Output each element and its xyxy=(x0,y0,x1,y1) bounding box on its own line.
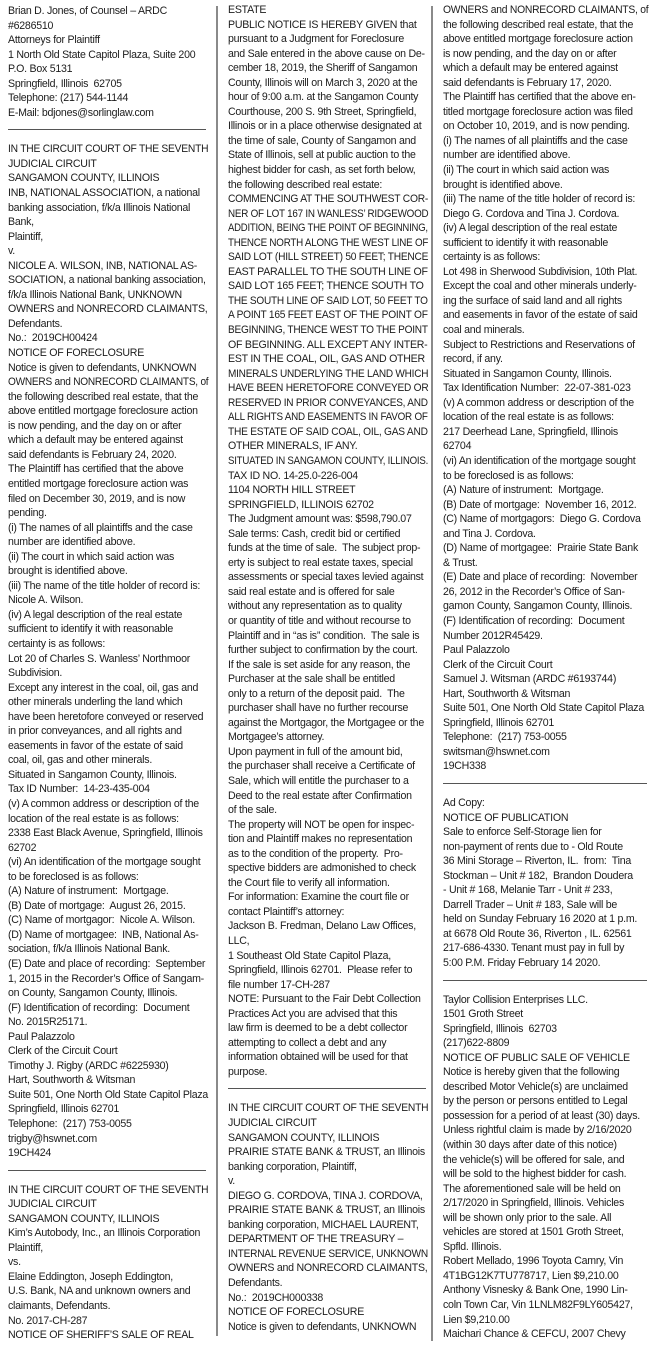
notice-line: Springfield, Illinois 62703 xyxy=(443,1022,648,1037)
notice-line: tion and Plaintiff makes no representati… xyxy=(228,832,428,847)
notice-line: (E) Date and place of recording: Septemb… xyxy=(8,957,208,972)
notice-line: The Plaintiff has certified that the abo… xyxy=(443,90,648,105)
notice-line: 62702 xyxy=(8,841,208,856)
notice-line: Stockman – Unit # 182, Brandon Doudera xyxy=(443,869,648,884)
notice-line: (iii) The name of the title holder of re… xyxy=(8,579,208,594)
notice-line: Attorneys for Plaintiff xyxy=(8,33,208,48)
notice-line: 4T1BG12K7TU778717, Lien $9,210.00 xyxy=(443,1269,648,1284)
notice-line: the purchaser shall receive a Certificat… xyxy=(228,759,428,774)
notice-line: JUDICIAL CIRCUIT xyxy=(8,1197,208,1212)
notice-line: pursuant to a Judgment for Foreclosure xyxy=(228,32,428,47)
notice-line: IN THE CIRCUIT COURT OF THE SEVENTH xyxy=(8,1183,202,1198)
notice-line: IN THE CIRCUIT COURT OF THE SEVENTH xyxy=(8,142,202,157)
notice-line: - Unit # 168, Melanie Tarr - Unit # 233, xyxy=(443,883,648,898)
notice-line: Situated in Sangamon County, Illinois. xyxy=(8,768,208,783)
notice-line: Springfield, Illinois 62701 xyxy=(443,716,648,731)
notice-line: The property will NOT be open for inspec… xyxy=(228,818,428,833)
notice-line: U.S. Bank, NA and unknown owners and xyxy=(8,1284,208,1299)
legal-notice: IN THE CIRCUIT COURT OF THE SEVENTHJUDIC… xyxy=(8,1183,208,1343)
notice-line: Unless rightful claim is made by 2/16/20… xyxy=(443,1123,648,1138)
column-3: OWNERS and NONRECORD CLAIMANTS, ofthe fo… xyxy=(443,3,648,1347)
notice-line: trigby@hswnet.com xyxy=(8,1132,208,1147)
notice-line: Sale terms: Cash, credit bid or certifie… xyxy=(228,527,428,542)
notice-line: (i) The names of all plaintiffs and the … xyxy=(443,134,648,149)
notice-line: Bank, xyxy=(8,215,208,230)
notice-line: Clerk of the Circuit Court xyxy=(8,1044,208,1059)
notice-line: Notice is given to defendants, UNKNOWN xyxy=(8,361,208,376)
notice-line: sufficient to identify it with reasonabl… xyxy=(443,236,648,251)
notice-line: banking corporation, MICHAEL LAURENT, xyxy=(228,1218,428,1233)
notice-line: above entitled mortgage foreclosure acti… xyxy=(443,32,648,47)
notice-line: Clerk of the Circuit Court xyxy=(443,658,648,673)
notice-line: For information: Examine the court file … xyxy=(228,890,428,905)
notice-line: The Judgment amount was: $598,790.07 xyxy=(228,512,428,527)
notice-line: easements in favor of the estate of said xyxy=(8,739,208,754)
notice-line: Situated in Sangamon County, Illinois. xyxy=(443,367,648,382)
column-divider xyxy=(216,6,218,1336)
notice-line: (A) Nature of instrument: Mortgage. xyxy=(8,884,208,899)
notice-line: purpose. xyxy=(228,1065,428,1080)
notice-line: The aforementioned sale will be held on xyxy=(443,1182,648,1197)
notice-separator xyxy=(8,129,206,130)
notice-line: 36 Mini Storage – Riverton, IL. from: Ti… xyxy=(443,854,648,869)
notice-line: Springfield, Illinois 62705 xyxy=(8,77,208,92)
notice-line: the following described real estate, tha… xyxy=(443,18,648,33)
legal-notices-page: Brian D. Jones, of Counsel – ARDC#628651… xyxy=(0,0,652,1347)
notice-line: without any representation as to quality xyxy=(228,599,428,614)
notice-line: Subject to Restrictions and Reservations… xyxy=(443,338,648,353)
notice-line: (ii) The court in which said action was xyxy=(443,163,648,178)
notice-line: SANGAMON COUNTY, ILLINOIS xyxy=(228,1131,428,1146)
notice-line: number are identified above. xyxy=(443,148,648,163)
notice-line: 1104 NORTH HILL STREET xyxy=(228,483,428,498)
notice-line: the time of sale, County of Sangamon and xyxy=(228,134,428,149)
notice-line: 1 North Old State Capitol Plaza, Suite 2… xyxy=(8,48,208,63)
notice-line: Plaintiff, xyxy=(8,1241,208,1256)
notice-line: TAX ID NO. 14-25.0-226-004 xyxy=(228,469,428,484)
legal-notice: IN THE CIRCUIT COURT OF THE SEVENTHJUDIC… xyxy=(8,142,208,1160)
notice-line: The Plaintiff has certified that the abo… xyxy=(8,462,208,477)
notice-line: Purchaser at the sale shall be entitled xyxy=(228,672,428,687)
notice-line: (D) Name of mortgagee: Prairie State Ban… xyxy=(443,541,648,556)
notice-line: 19CH338 xyxy=(443,759,648,774)
notice-line: as to the condition of the property. Pro… xyxy=(228,847,428,862)
notice-line: EST IN THE COAL, OIL, GAS AND OTHER xyxy=(228,352,428,367)
notice-line: OWNERS and NONRECORD CLAIMANTS, of xyxy=(443,3,643,18)
legal-notice: IN THE CIRCUIT COURT OF THE SEVENTHJUDIC… xyxy=(228,1101,428,1334)
notice-line: JUDICIAL CIRCUIT xyxy=(228,1116,428,1131)
notice-line: highest bidder for cash, as set forth be… xyxy=(228,163,428,178)
notice-line: Springfield, Illinois 62701 xyxy=(8,1102,208,1117)
column-2: ESTATEPUBLIC NOTICE IS HEREBY GIVEN that… xyxy=(228,3,428,1347)
notice-line: which a default may be entered against xyxy=(8,433,208,448)
notice-line: sufficient to identify it with reasonabl… xyxy=(8,622,208,637)
notice-line: of the sale. xyxy=(228,803,428,818)
notice-line: BEGINNING, THENCE WEST TO THE POINT xyxy=(228,323,418,338)
notice-line: at 6678 Old Route 36, Riverton , IL. 625… xyxy=(443,927,648,942)
legal-notice: Ad Copy:NOTICE OF PUBLICATIONSale to enf… xyxy=(443,796,648,971)
notice-line: Sale to enforce Self-Storage lien for xyxy=(443,825,648,840)
notice-line: brought is identified above. xyxy=(8,564,208,579)
notice-line: spective bidders are admonished to check xyxy=(228,861,428,876)
notice-line: OF BEGINNING. ALL EXCEPT ANY INTER- xyxy=(228,338,428,353)
notice-line: 26, 2012 in the Recorder’s Office of San… xyxy=(443,585,648,600)
notice-line: Samuel J. Witsman (ARDC #6193744) xyxy=(443,672,648,687)
notice-line: sociation, f/k/a Illinois National Bank. xyxy=(8,942,208,957)
notice-line: number are identified above. xyxy=(8,535,208,550)
notice-line: Defendants. xyxy=(8,317,208,332)
notice-line: Darrell Trader – Unit # 183, Sale will b… xyxy=(443,898,648,913)
notice-line: Robert Mellado, 1996 Toyota Camry, Vin xyxy=(443,1254,648,1269)
notice-line: SPRINGFIELD, ILLINOIS 62702 xyxy=(228,498,428,513)
notice-line: (F) Identification of recording: Documen… xyxy=(8,1001,208,1016)
notice-line: further subject to confirmation by the c… xyxy=(228,643,428,658)
notice-line: purchaser shall have no further recourse xyxy=(228,701,428,716)
notice-line: above entitled mortgage foreclosure acti… xyxy=(8,404,208,419)
notice-line: THENCE NORTH ALONG THE WEST LINE OF xyxy=(228,236,413,251)
notice-line: (vi) An identification of the mortgage s… xyxy=(8,855,208,870)
notice-line: on October 10, 2019, and is now pending. xyxy=(443,119,648,134)
notice-line: Suite 501, One North Old State Capitol P… xyxy=(8,1088,207,1103)
notice-line: vs. xyxy=(8,1255,208,1270)
notice-line: Brian D. Jones, of Counsel – ARDC xyxy=(8,4,208,19)
notice-line: 1501 Groth Street xyxy=(443,1007,648,1022)
notice-line: Subdivision. xyxy=(8,666,208,681)
notice-line: Lot 498 in Sherwood Subdivision, 10th Pl… xyxy=(443,265,648,280)
notice-line: OWNERS and NONRECORD CLAIMANTS, xyxy=(228,1261,428,1276)
notice-line: SAID LOT 165 FEET; THENCE SOUTH TO xyxy=(228,279,428,294)
notice-line: NOTICE OF FORECLOSURE xyxy=(8,346,208,361)
notice-line: Notice is hereby given that the followin… xyxy=(443,1065,648,1080)
notice-line: Except the coal and other minerals under… xyxy=(443,279,648,294)
notice-line: NOTICE OF PUBLICATION xyxy=(443,811,648,826)
notice-line: 19CH424 xyxy=(8,1146,208,1161)
notice-line: Plaintiff and in “as is” condition. The … xyxy=(228,629,428,644)
notice-line: (D) Name of mortgagee: INB, National As- xyxy=(8,928,208,943)
notice-separator xyxy=(228,1088,426,1089)
notice-line: Maichari Chance & CEFCU, 2007 Chevy xyxy=(443,1327,648,1342)
notice-separator xyxy=(8,1170,206,1171)
notice-line: certainty is as follows: xyxy=(443,250,648,265)
notice-line: information obtained will be used for th… xyxy=(228,1050,428,1065)
notice-line: 2/17/2020 in Springfield, Illinois. Vehi… xyxy=(443,1196,648,1211)
notice-separator xyxy=(443,783,647,784)
column-1: Brian D. Jones, of Counsel – ARDC#628651… xyxy=(8,4,208,1347)
notice-line: (iv) A legal description of the real est… xyxy=(443,221,648,236)
notice-line: P.O. Box 5131 xyxy=(8,62,208,77)
notice-line: THE SOUTH LINE OF SAID LOT, 50 FEET TO xyxy=(228,294,418,309)
notice-line: coln Town Car, Vin 1LNLM82F9LY605427, xyxy=(443,1298,648,1313)
notice-line: other minerals underling the land which xyxy=(8,695,208,710)
notice-line: (vi) An identification of the mortgage s… xyxy=(443,454,648,469)
notice-line: NER OF LOT 167 IN WANLESS’ RIDGEWOOD xyxy=(228,207,414,222)
notice-line: held on Sunday February 16 2020 at 1 p.m… xyxy=(443,912,648,927)
notice-line: (A) Nature of instrument: Mortgage. xyxy=(443,483,648,498)
notice-line: attempting to collect a debt and any xyxy=(228,1036,428,1051)
notice-line: (C) Name of mortgagor: Nicole A. Wilson. xyxy=(8,913,208,928)
notice-line: A POINT 165 FEET EAST OF THE POINT OF xyxy=(228,308,420,323)
notice-line: Ad Copy: xyxy=(443,796,648,811)
notice-line: (v) A common address or description of t… xyxy=(443,396,648,411)
notice-line: Hart, Southworth & Witsman xyxy=(8,1073,208,1088)
notice-line: the Court file to verify all information… xyxy=(228,876,428,891)
notice-line: Illinois or in a place otherwise designa… xyxy=(228,119,428,134)
notice-line: the vehicle(s) will be offered for sale,… xyxy=(443,1153,648,1168)
notice-line: file number 17-CH-287 xyxy=(228,978,428,993)
notice-line: SITUATED IN SANGAMON COUNTY, ILLINOIS. xyxy=(228,454,411,469)
notice-line: OWNERS and NONRECORD CLAIMANTS, of xyxy=(8,375,198,390)
notice-line: 5:00 P.M. Friday February 14 2020. xyxy=(443,956,648,971)
notice-line: Kim’s Autobody, Inc., an Illinois Corpor… xyxy=(8,1226,208,1241)
legal-notice: ESTATEPUBLIC NOTICE IS HEREBY GIVEN that… xyxy=(228,3,428,1079)
notice-line: coal, oil, gas and other minerals. xyxy=(8,753,208,768)
notice-line: (C) Name of mortgagors: Diego G. Cordova xyxy=(443,512,648,527)
notice-line: Lot 20 of Charles S. Wanless’ Northmoor xyxy=(8,652,208,667)
notice-line: gamon County, Sangamon County, Illinois. xyxy=(443,599,648,614)
notice-line: is now pending, and the day on or after xyxy=(443,47,648,62)
notice-line: (within 30 days after date of this notic… xyxy=(443,1138,648,1153)
notice-line: the following described real estate, tha… xyxy=(8,390,208,405)
notice-line: assessments or special taxes levied agai… xyxy=(228,570,428,585)
notice-line: OTHER MINERALS, IF ANY. xyxy=(228,439,428,454)
notice-line: vehicles are stored at 1501 Groth Street… xyxy=(443,1225,648,1240)
notice-line: or quantity of title and without recours… xyxy=(228,614,428,629)
notice-line: 2338 East Black Avenue, Springfield, Ill… xyxy=(8,826,208,841)
notice-line: OWNERS and NONRECORD CLAIMANTS, xyxy=(8,302,208,317)
notice-line: (217)622-8809 xyxy=(443,1036,648,1051)
notice-line: RESERVED IN PRIOR CONVEYANCES, AND xyxy=(228,396,418,411)
notice-line: will be shown only prior to the sale. Al… xyxy=(443,1211,648,1226)
notice-line: have been heretofore conveyed or reserve… xyxy=(8,710,208,725)
notice-line: in prior conveyances, and all rights and xyxy=(8,724,208,739)
notice-line: (i) The names of all plaintiffs and the … xyxy=(8,521,208,536)
notice-separator xyxy=(443,980,647,981)
notice-line: said defendants is February 17, 2020. xyxy=(443,76,648,91)
notice-line: THE ESTATE OF SAID COAL, OIL, GAS AND xyxy=(228,425,420,440)
column-divider xyxy=(431,6,433,1341)
notice-line: Mortgagee’s attorney. xyxy=(228,730,428,745)
notice-line: funds at the time of sale. The subject p… xyxy=(228,541,428,556)
notice-line: SANGAMON COUNTY, ILLINOIS xyxy=(8,171,208,186)
notice-line: SOCIATION, a national banking associatio… xyxy=(8,273,208,288)
notice-line: and Tina J. Cordova. xyxy=(443,527,648,542)
notice-line: Plaintiff, xyxy=(8,230,208,245)
notice-line: to be foreclosed is as follows: xyxy=(8,870,208,885)
notice-line: Tax Identification Number: 22-07-381-023 xyxy=(443,381,648,396)
notice-line: No.: 2019CH00424 xyxy=(8,331,208,346)
notice-line: Springfield, Illinois 62701. Please refe… xyxy=(228,963,428,978)
notice-line: Elaine Eddington, Joseph Eddington, xyxy=(8,1270,208,1285)
notice-line: NOTICE OF FORECLOSURE xyxy=(228,1305,428,1320)
notice-line: E-Mail: bdjones@sorlinglaw.com xyxy=(8,106,208,121)
notice-line: (B) Date of mortgage: November 16, 2012. xyxy=(443,498,648,513)
notice-line: MINERALS UNDERLYING THE LAND WHICH xyxy=(228,367,418,382)
notice-line: claimants, Defendants. xyxy=(8,1299,208,1314)
notice-line: Taylor Collision Enterprises LLC. xyxy=(443,993,648,1008)
notice-line: Telephone: (217) 753-0055 xyxy=(8,1117,208,1132)
notice-line: (iv) A legal description of the real est… xyxy=(8,608,208,623)
notice-line: NOTICE OF PUBLIC SALE OF VEHICLE xyxy=(443,1051,648,1066)
notice-line: location of the real estate is as follow… xyxy=(443,410,648,425)
notice-line: If the sale is set aside for any reason,… xyxy=(228,658,428,673)
notice-line: DIEGO G. CORDOVA, TINA J. CORDOVA, xyxy=(228,1189,428,1204)
notice-line: NICOLE A. WILSON, INB, NATIONAL AS- xyxy=(8,259,208,274)
notice-line: State of Illinois, sell at public auctio… xyxy=(228,148,428,163)
notice-line: v. xyxy=(8,244,208,259)
notice-line: entitled mortgage foreclosure action was xyxy=(8,477,208,492)
notice-line: 217 Deerhead Lane, Springfield, Illinois xyxy=(443,425,648,440)
notice-line: Practices Act you are advised that this xyxy=(228,1007,428,1022)
notice-line: No. 2017-CH-287 xyxy=(8,1314,208,1329)
notice-line: pending. xyxy=(8,506,208,521)
notice-line: Sale, which will entitle the purchaser t… xyxy=(228,774,428,789)
notice-line: erty is subject to real estate taxes, sp… xyxy=(228,556,428,571)
notice-line: and easements in favor of the estate of … xyxy=(443,308,648,323)
notice-line: Nicole A. Wilson. xyxy=(8,593,208,608)
notice-line: Hart, Southworth & Witsman xyxy=(443,687,648,702)
notice-line: location of the real estate is as follow… xyxy=(8,812,208,827)
notice-line: Suite 501, One North Old State Capitol P… xyxy=(443,701,648,716)
notice-line: to be foreclosed is as follows: xyxy=(443,469,648,484)
notice-line: JUDICIAL CIRCUIT xyxy=(8,157,208,172)
notice-line: the following described real estate: xyxy=(228,178,428,193)
notice-line: INB, NATIONAL ASSOCIATION, a national xyxy=(8,186,208,201)
notice-line: hour of 9:00 a.m. at the Sangamon County xyxy=(228,90,428,105)
notice-line: (iii) The name of the title holder of re… xyxy=(443,192,648,207)
notice-line: Except any interest in the coal, oil, ga… xyxy=(8,681,208,696)
notice-line: Telephone: (217) 544-1144 xyxy=(8,91,208,106)
notice-line: banking association, f/k/a Illinois Nati… xyxy=(8,201,208,216)
notice-line: said defendants is February 24, 2020. xyxy=(8,448,208,463)
notice-line: Telephone: (217) 753-0055 xyxy=(443,730,648,745)
notice-line: Upon payment in full of the amount bid, xyxy=(228,745,428,760)
notice-line: Timothy J. Rigby (ARDC #6225930) xyxy=(8,1059,208,1074)
notice-line: (v) A common address or description of t… xyxy=(8,797,208,812)
notice-line: (E) Date and place of recording: Novembe… xyxy=(443,570,648,585)
notice-line: SAID LOT (HILL STREET) 50 FEET; THENCE xyxy=(228,250,420,265)
notice-line: against the Mortgagor, the Mortgagee or … xyxy=(228,716,428,731)
notice-line: on County, Sangamon County, Illinois. xyxy=(8,986,208,1001)
notice-line: Tax ID Number: 14-23-435-004 xyxy=(8,782,208,797)
notice-line: Anthony Visnesky & Bank One, 1990 Lin- xyxy=(443,1283,648,1298)
notice-line: Deed to the real estate after Confirmati… xyxy=(228,789,428,804)
notice-line: cember 18, 2019, the Sheriff of Sangamon xyxy=(228,61,428,76)
notice-line: possession for a period of at least (30)… xyxy=(443,1109,648,1124)
notice-line: County, Illinois will on March 3, 2020 a… xyxy=(228,76,428,91)
notice-line: DEPARTMENT OF THE TREASURY – xyxy=(228,1232,428,1247)
notice-line: law firm is deemed to be a debt collecto… xyxy=(228,1021,428,1036)
notice-line: by the person or persons entitled to Leg… xyxy=(443,1094,648,1109)
notice-line: INTERNAL REVENUE SERVICE, UNKNOWN xyxy=(228,1247,419,1262)
notice-line: IN THE CIRCUIT COURT OF THE SEVENTH xyxy=(228,1101,422,1116)
notice-line: only to a return of the deposit paid. Th… xyxy=(228,687,428,702)
notice-line: Jackson B. Fredman, Delano Law Offices, xyxy=(228,919,428,934)
notice-line: No. 2015R25171. xyxy=(8,1015,208,1030)
notice-line: titled mortgage foreclosure action was f… xyxy=(443,105,648,120)
notice-line: which a default may be entered against xyxy=(443,61,648,76)
notice-line: PRAIRIE STATE BANK & TRUST, an Illinois xyxy=(228,1203,428,1218)
notice-line: and Sale entered in the above cause on D… xyxy=(228,47,428,62)
notice-line: Diego G. Cordova and Tina J. Cordova. xyxy=(443,207,648,222)
notice-line: ESTATE xyxy=(228,3,428,18)
notice-line: ADDITION, BEING THE POINT OF BEGINNING, xyxy=(228,221,408,236)
notice-line: 62704 xyxy=(443,439,648,454)
notice-line: ing the surface of said land and all rig… xyxy=(443,294,648,309)
notice-line: (B) Date of mortgage: August 26, 2015. xyxy=(8,899,208,914)
notice-line: PUBLIC NOTICE IS HEREBY GIVEN that xyxy=(228,18,428,33)
notice-line: NOTE: Pursuant to the Fair Debt Collecti… xyxy=(228,992,428,1007)
notice-line: 1 Southeast Old State Capitol Plaza, xyxy=(228,949,428,964)
notice-line: HAVE BEEN HERETOFORE CONVEYED OR xyxy=(228,381,419,396)
notice-line: (F) Identification of recording: Documen… xyxy=(443,614,648,629)
legal-notice: OWNERS and NONRECORD CLAIMANTS, ofthe fo… xyxy=(443,3,648,774)
legal-notice: Brian D. Jones, of Counsel – ARDC#628651… xyxy=(8,4,208,120)
notice-line: Courthouse, 200 S. 9th Street, Springfie… xyxy=(228,105,428,120)
notice-line: contact Plaintiff’s attorney: xyxy=(228,905,428,920)
notice-line: EAST PARALLEL TO THE SOUTH LINE OF xyxy=(228,265,428,280)
notice-line: #6286510 xyxy=(8,19,208,34)
notice-line: (ii) The court in which said action was xyxy=(8,550,208,565)
notice-line: NOTICE OF SHERIFF’S SALE OF REAL xyxy=(8,1328,208,1343)
notice-line: certainty is as follows: xyxy=(8,637,208,652)
notice-line: SANGAMON COUNTY, ILLINOIS xyxy=(8,1212,208,1227)
notice-line: Lien $9,210.00 xyxy=(443,1313,648,1328)
notice-line: non-payment of rents due to - Old Route xyxy=(443,840,648,855)
notice-line: Number 2012R45429. xyxy=(443,629,648,644)
notice-line: Paul Palazzolo xyxy=(8,1030,208,1045)
notice-line: coal and minerals. xyxy=(443,323,648,338)
notice-line: v. xyxy=(228,1174,428,1189)
notice-line: 1, 2015 in the Recorder’s Office of Sang… xyxy=(8,972,208,987)
legal-notice: Taylor Collision Enterprises LLC.1501 Gr… xyxy=(443,993,648,1342)
notice-line: switsman@hswnet.com xyxy=(443,745,648,760)
notice-line: said real estate and is offered for sale xyxy=(228,585,428,600)
notice-line: f/k/a Illinois National Bank, UNKNOWN xyxy=(8,288,208,303)
notice-line: Paul Palazzolo xyxy=(443,643,648,658)
notice-line: Defendants. xyxy=(228,1276,428,1291)
notice-line: banking corporation, Plaintiff, xyxy=(228,1160,428,1175)
notice-line: & Trust. xyxy=(443,556,648,571)
notice-line: No.: 2019CH000338 xyxy=(228,1291,428,1306)
notice-line: Spfld. Illinois. xyxy=(443,1240,648,1255)
notice-line: PRAIRIE STATE BANK & TRUST, an Illinois xyxy=(228,1145,428,1160)
notice-line: brought is identified above. xyxy=(443,178,648,193)
notice-line: LLC, xyxy=(228,934,428,949)
notice-line: record, if any. xyxy=(443,352,648,367)
notice-line: is now pending, and the day on or after xyxy=(8,419,208,434)
notice-line: COMMENCING AT THE SOUTHWEST COR- xyxy=(228,192,422,207)
notice-line: described Motor Vehicle(s) are unclaimed xyxy=(443,1080,648,1095)
notice-line: filed on December 30, 2019, and is now xyxy=(8,492,208,507)
notice-line: 217-686-4330. Tenant must pay in full by xyxy=(443,941,648,956)
notice-line: ALL RIGHTS AND EASEMENTS IN FAVOR OF xyxy=(228,410,414,425)
notice-line: Notice is given to defendants, UNKNOWN xyxy=(228,1320,428,1335)
notice-line: will be sold to the highest bidder for c… xyxy=(443,1167,648,1182)
